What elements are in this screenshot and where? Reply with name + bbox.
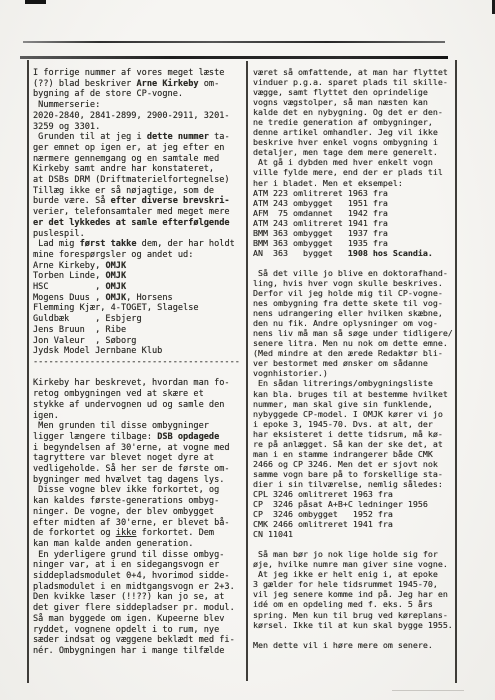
text-line: kørsel. Ikke til at kun skal bygge 1955. [253,620,453,630]
text-line: været så omfattende, at man har flyttet [253,67,453,77]
text-line: nummer, man skal give sin funklende, [253,399,453,409]
text-line: HSC , OMJK [33,282,245,293]
text-line: vognhistorier.) [253,368,453,378]
scanned-page: I forrige nummer af vores meget læste(??… [0,0,495,700]
text-line: siddepladsmodulet 0+4, hvorimod sidde- [33,571,245,582]
text-line: Disse vogne blev ikke forkortet, og [33,485,245,496]
text-line: nens liv må man så søge under tidligere/ [253,328,453,338]
text-line: puslespil. [33,229,245,240]
text-line: nes ombygning fra dette skete til vog- [253,298,453,308]
text-line: ninger. De vogne, der blev ombygget [33,507,245,518]
text-line: Den kvikke læser (!!??) kan jo se, at [33,592,245,603]
text-line: vinduer p.g.a. sparet plads til skille- [253,77,453,87]
text-line: Så man byggede om igen. Kupeerne blev [33,614,245,625]
text-line: Mogens Duus , OMJK, Horsens [33,293,245,304]
text-line: kan man kalde anden generation. [33,539,245,550]
text-line: Jydsk Model Jernbane Klub [33,346,245,357]
text-line: CN 11041 [253,529,453,539]
text-line [253,258,453,268]
text-line: re på anlægget. Så kan der ske det, at [253,439,453,449]
text-line: Lad mig først takke dem, der har holdt [33,239,245,250]
scan-artifact-line [392,690,464,691]
text-line: Så man bør jo nok lige holde sig for [253,549,453,559]
text-line: Guldbæk , Esbjerg [33,314,245,325]
text-line: (Med mindre at den ærede Redaktør bli- [253,348,453,358]
text-line: retog ombygningen ved at skære et [33,389,245,400]
text-line: ver bestormet med ønsker om sådanne [253,358,453,368]
text-line: ger emnet op igen er, at jeg efter en [33,143,245,154]
text-line: det giver flere siddepladser pr. modul. [33,603,245,614]
text-line: Torben Linde, OMJK [33,271,245,282]
text-line: Jens Bruun , Ribe [33,325,245,336]
right-column: været så omfattende, at man har flyttetv… [253,67,453,650]
text-line: kan kaldes første-generations ombyg- [33,496,245,507]
text-line: nybyggede CP-model. I OMJK kører vi jo [253,409,453,419]
text-line: Grunden til at jeg i dette nummer ta- [33,132,245,143]
text-line: At jeg ikke er helt enig i, at epoke [253,569,453,579]
text-line: idé om en opdeling med f. eks. 5 års [253,599,453,609]
text-line: spring. Men kun til brug ved køreplans- [253,610,453,620]
text-line: her i bladet. Men et eksempel: [253,178,453,188]
text-line: øje, hvilke numre man giver sine vogne. [253,559,453,569]
text-line: tagryttere var blevet noget dyre at [33,453,245,464]
text-line: ryddet, vognene opdelt i to rum, nye [33,625,245,636]
text-line: burde være. Så efter diverse brevskri- [33,196,245,207]
text-line: AFM 75 omdannet 1942 fra [253,208,453,218]
text-line: ne tredie generation af ombygninger, [253,117,453,127]
text-line: CP 3246 påsat A+B+C ledninger 1956 [253,499,453,509]
text-line: Flemming Kjær, 4-TOGET, Slagelse [33,303,245,314]
text-line: ATM 223 omlitreret 1963 fra [253,188,453,198]
text-line: BMM 363 ombygget 1935 fra [253,238,453,248]
text-line: 2466 og CP 3246. Men det er sjovt nok [253,459,453,469]
text-line: man i en stamme indrangerer både CMK [253,449,453,459]
text-line: Nummerserie: [33,100,245,111]
text-line: nér. Ombygningen har i mange tilfælde [33,646,245,657]
text-line: vil jeg senere komme ind på. Jeg har en [253,589,453,599]
text-line: En sådan litrerings/ombygningsliste [253,378,453,388]
text-line: dier i sin tilværelse, nemlig således: [253,479,453,489]
text-line: Så det ville jo blive en doktorafhand- [253,268,453,278]
text-line: BMM 363 ombygget 1937 fra [253,228,453,238]
text-line: kalde det en nybygning. Og det er den- [253,107,453,117]
text-line: i epoke 3, 1945-70. Dvs. at alt, der [253,419,453,429]
text-line: 3259 og 3301. [33,122,245,133]
text-line: Men grunden til disse ombygninger [33,421,245,432]
text-line: nens udrangering eller hvilken skæbne, [253,308,453,318]
text-line: Jon Valeur , Søborg [33,336,245,347]
text-line: verier, telefonsamtaler med meget mere [33,207,245,218]
top-rule-thick [20,56,448,59]
text-line: ATM 243 omlitreret 1941 fra [253,218,453,228]
text-line: Arne Kirkeby, OMJK [33,261,245,272]
text-line: beskrive hver enkel vogns ombygning i [253,137,453,147]
text-line: efter midten af 30'erne, er blevet bå- [33,518,245,529]
text-line: At gå i dybden med hver enkelt vogn [253,157,453,167]
text-line: nærmere gennemgang og en samtale med [33,154,245,165]
text-line: i begyndelsen af 30'erne, at vogne med [33,443,245,454]
text-line [33,368,245,379]
text-line: CPL 3246 omlitreret 1963 fra [253,489,453,499]
text-line: Men dette vil i høre mere om senere. [253,640,453,650]
text-line: samme vogn bare på to forskellige sta- [253,469,453,479]
text-line: En yderligere grund til disse ombyg- [33,550,245,561]
text-line: har eksisteret i dette tidsrum, må kø- [253,429,453,439]
text-line: ville fylde mere, end der er plads til [253,167,453,177]
top-rule-thin [23,41,445,43]
text-line: vogns vægstolper, så man næsten kan [253,97,453,107]
text-line: vedligeholde. Så her ser de første om- [33,464,245,475]
column-divider [246,61,248,681]
scan-artifact-mark [25,0,46,4]
text-line: bygninger med hvælvet tag dagens lys. [33,475,245,486]
text-line: at DSBs DRM (Driftmaterielfortegnelse) [33,175,245,186]
text-line: ligger længere tilbage: DSB opdagede [33,432,245,443]
left-column: I forrige nummer af vores meget læste(??… [33,68,245,657]
text-line: ---------------------------------------- [33,357,245,368]
text-line: denne artikel omhandler. Jeg vil ikke [253,127,453,137]
text-line: sæder indsat og væggene beklædt med fi- [33,635,245,646]
text-line: bygning af de store CP-vogne. [33,89,245,100]
text-line: de forkortet og ikke forkortet. Dem [33,528,245,539]
text-line: 2020-2840, 2841-2899, 2900-2911, 3201- [33,111,245,122]
text-line: vægge, samt flyttet den oprindelige [253,87,453,97]
text-line: I forrige nummer af vores meget læste [33,68,245,79]
text-line: Kirkeby har beskrevet, hvordan man fo- [33,378,245,389]
text-line: 3 gælder for hele tidsrummet 1945-70, [253,579,453,589]
text-line: igen. [33,411,245,422]
text-line: Tillæg ikke er så nøjagtige, som de [33,186,245,197]
text-line: (??) blad beskriver Arne Kirkeby om- [33,79,245,90]
text-line: kan bla. bruges til at bestemme hvilket [253,389,453,399]
text-line: pladsmodulet i en midtgangsvogn er 2+3. [33,582,245,593]
text-line: detaljer, men tage dem mere generelt. [253,147,453,157]
text-line: ling, hvis hver vogn skulle beskrives. [253,278,453,288]
text-line: AN 363 bygget 1908 hos Scandia. [253,248,453,258]
text-line: Kirkeby samt andre har konstateret, [33,164,245,175]
text-line: CP 3246 ombygget 1952 fra [253,509,453,519]
text-line: ATM 243 ombygget 1951 fra [253,198,453,208]
text-line: er det lykkedes at samle efterfølgende [33,218,245,229]
text-line: ninger var, at i en sidegangsvogn er [33,560,245,571]
text-line: Derfor vil jeg holde mig til CP-vogne- [253,288,453,298]
text-line: mine forespørgsler og andet ud: [33,250,245,261]
text-line: stykke af undervognen ud og samle den [33,400,245,411]
text-line: senere litra. Men nu nok om dette emne. [253,338,453,348]
text-line: CMK 2466 omlitreret 1941 fra [253,519,453,529]
text-line [253,539,453,549]
text-line [253,630,453,640]
text-line: den nu fik. Andre oplysninger om vog- [253,318,453,328]
